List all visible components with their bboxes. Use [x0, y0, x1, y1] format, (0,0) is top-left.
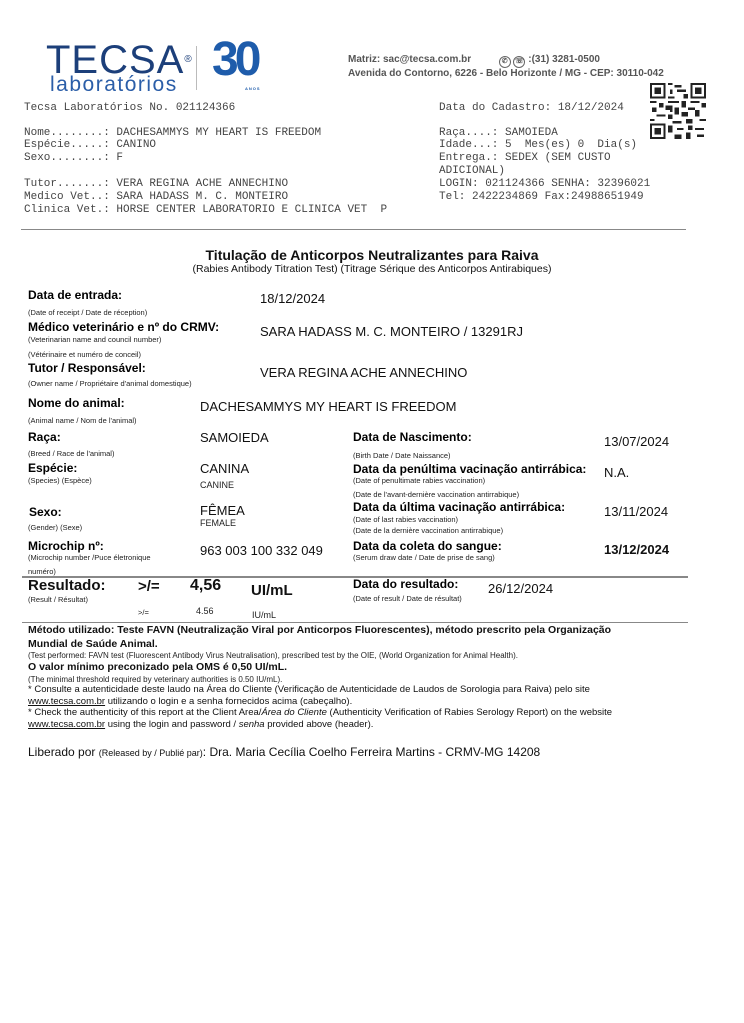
divider	[22, 622, 688, 623]
record-species: Espécie.....: CANINO	[24, 139, 156, 152]
record-breed: Raça....: SAMOIEDA	[439, 127, 558, 140]
logo-anniversary-caption: ANOS	[245, 86, 261, 91]
website-link[interactable]: www.tecsa.com.br	[28, 719, 105, 730]
result-date-label: Data do resultado:	[353, 577, 458, 591]
report-title: Titulação de Anticorpos Neutralizantes p…	[0, 247, 744, 263]
result-unit: UI/mL	[251, 582, 293, 599]
microchip-sub-cont: numéro)	[28, 567, 56, 576]
report-subtitle: (Rabies Antibody Titration Test) (Titrag…	[0, 263, 744, 275]
birth-date-value: 13/07/2024	[604, 434, 669, 449]
sex-value: FÊMEA	[200, 503, 245, 518]
penultimate-vaccination-sub-fr: (Date de l'avant-dernière vaccination an…	[353, 490, 519, 499]
sex-sub: (Gender) (Sexe)	[28, 523, 82, 532]
animal-name-value: DACHESAMMYS MY HEART IS FREEDOM	[200, 399, 456, 414]
penultimate-vaccination-sub-en: (Date of penultimate rabies vaccination)	[353, 476, 485, 485]
blood-collection-value: 13/12/2024	[604, 542, 669, 557]
last-vaccination-label: Data da última vacinação antirrábica:	[353, 500, 565, 514]
last-vaccination-sub-fr: (Date de la dernière vaccination antirra…	[353, 526, 503, 535]
receipt-date-value: 18/12/2024	[260, 291, 325, 306]
record-age: Idade...: 5 Mes(es) 0 Dia(s)	[439, 139, 637, 152]
penultimate-vaccination-value: N.A.	[604, 465, 629, 480]
record-name: Nome........: DACHESAMMYS MY HEART IS FR…	[24, 127, 321, 140]
record-vet: Medico Vet..: SARA HADASS M. C. MONTEIRO	[24, 191, 288, 204]
result-date-sub: (Date of result / Date de résultat)	[353, 594, 462, 603]
contact-address: Avenida do Contorno, 6226 - Belo Horizon…	[348, 67, 664, 81]
method-text-en: (Test performed: FAVN test (Fluorescent …	[28, 651, 518, 660]
microchip-label: Microchip nº:	[28, 539, 104, 553]
result-sub: (Result / Résultat)	[28, 595, 88, 604]
consult-text: * Consulte a autenticidade deste laudo n…	[28, 684, 590, 695]
species-value: CANINA	[200, 461, 249, 476]
threshold-text: O valor mínimo preconizado pela OMS é 0,…	[28, 661, 287, 673]
logo-divider	[196, 46, 197, 90]
breed-value: SAMOIEDA	[200, 430, 269, 445]
result-unit-en: IU/mL	[252, 610, 276, 620]
method-text-cont: Mundial de Saúde Animal.	[28, 638, 158, 650]
species-label: Espécie:	[28, 461, 77, 475]
penultimate-vaccination-label: Data da penúltima vacinação antirrábica:	[353, 462, 586, 476]
last-vaccination-value: 13/11/2024	[604, 504, 668, 519]
tutor-sub: (Owner name / Propriétaire d'animal dome…	[28, 379, 192, 388]
receipt-date-sub: (Date of receipt / Date de réception)	[28, 308, 147, 317]
vet-sub-en: (Veterinarian name and council number)	[28, 335, 161, 344]
breed-sub: (Breed / Race de l'animal)	[28, 449, 114, 458]
result-date-value: 26/12/2024	[488, 581, 553, 596]
species-value-en: CANINE	[200, 480, 234, 490]
record-delivery: Entrega.: SEDEX (SEM CUSTO	[439, 152, 611, 165]
registration-date: Data do Cadastro: 18/12/2024	[439, 102, 624, 115]
consult-text-cont: www.tecsa.com.br utilizando o login e a …	[28, 696, 352, 707]
divider	[21, 229, 686, 230]
animal-name-sub: (Animal name / Nom de l'animal)	[28, 416, 137, 425]
qr-code	[650, 83, 706, 139]
record-tel: Tel: 2422234869 Fax:24988651949	[439, 191, 644, 204]
record-delivery-cont: ADICIONAL)	[439, 165, 505, 178]
tutor-label: Tutor / Responsável:	[28, 361, 146, 375]
result-value-en: 4.56	[196, 606, 214, 616]
birth-date-sub: (Birth Date / Date Naissance)	[353, 451, 451, 460]
record-clinic: Clinica Vet.: HORSE CENTER LABORATORIO E…	[24, 204, 387, 217]
vet-label: Médico veterinário e nº do CRMV:	[28, 320, 219, 334]
logo-anniversary: 30	[212, 36, 257, 84]
released-by: Liberado por (Released by / Publié par):…	[28, 745, 540, 759]
blood-collection-label: Data da coleta do sangue:	[353, 539, 502, 553]
record-login: LOGIN: 021124366 SENHA: 32396021	[439, 178, 650, 191]
website-link[interactable]: www.tecsa.com.br	[28, 696, 105, 707]
check-text: * Check the authenticity of this report …	[28, 707, 612, 718]
receipt-date-label: Data de entrada:	[28, 288, 122, 302]
result-value: 4,56	[190, 577, 221, 595]
record-sex: Sexo........: F	[24, 152, 123, 165]
contact-line-1: Matriz: sac@tecsa.com.br ✆ ☏ :(31) 3281-…	[348, 53, 600, 68]
blood-collection-sub: (Serum draw date / Date de prise de sang…	[353, 553, 495, 562]
record-tutor: Tutor.......: VERA REGINA ACHE ANNECHINO	[24, 178, 288, 191]
sex-value-en: FEMALE	[200, 518, 236, 528]
logo-subtitle: laboratórios	[50, 74, 178, 96]
result-label: Resultado:	[28, 577, 106, 594]
birth-date-label: Data de Nascimento:	[353, 430, 472, 444]
method-text: Método utilizado: Teste FAVN (Neutraliza…	[28, 624, 611, 636]
microchip-value: 963 003 100 332 049	[200, 543, 323, 558]
vet-sub-fr: (Vétérinaire et numéro de conceil)	[28, 350, 141, 359]
sex-label: Sexo:	[29, 505, 62, 519]
tutor-value: VERA REGINA ACHE ANNECHINO	[260, 365, 467, 380]
species-sub: (Species) (Espèce)	[28, 476, 92, 485]
result-operator-en: >/=	[138, 608, 149, 617]
lab-number: Tecsa Laboratórios No. 021124366	[24, 102, 235, 115]
threshold-text-en: (The minimal threshold required by veter…	[28, 675, 282, 684]
result-operator: >/=	[138, 578, 160, 595]
microchip-sub: (Microchip number /Puce életronique	[28, 553, 151, 562]
check-text-cont: www.tecsa.com.br using the login and pas…	[28, 719, 373, 730]
vet-value: SARA HADASS M. C. MONTEIRO / 13291RJ	[260, 324, 523, 339]
last-vaccination-sub-en: (Date of last rabies vaccination)	[353, 515, 458, 524]
animal-name-label: Nome do animal:	[28, 396, 125, 410]
breed-label: Raça:	[28, 430, 61, 444]
